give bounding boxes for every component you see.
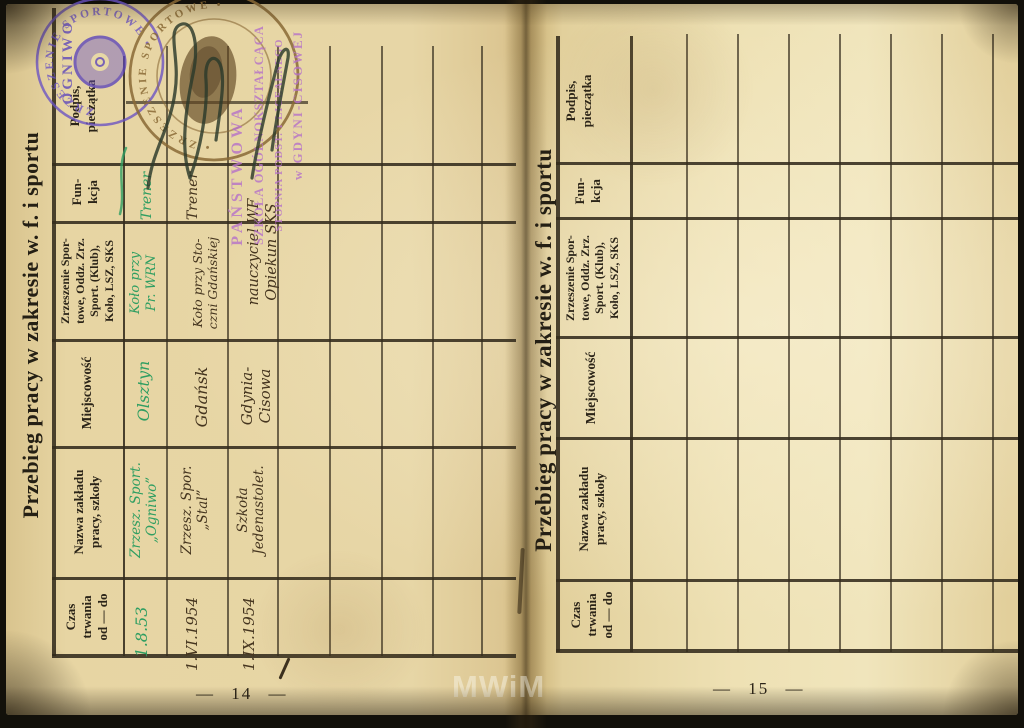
col-header-nazwa: Nazwa zakładu pracy, szkoły xyxy=(71,452,105,572)
table-grid-line xyxy=(52,577,516,580)
col-header-podpis: Podpis, pieczątka xyxy=(563,41,607,161)
table-grid-line xyxy=(630,36,633,652)
table-grid-line xyxy=(992,34,994,652)
rect-stamp-line4: w GDYNI-CISOWEJ xyxy=(290,30,305,180)
entry-2-miejscowosc: Gdańsk xyxy=(192,347,214,447)
table-grid-line xyxy=(941,34,943,652)
col-header-funkcja: Fun- kcja xyxy=(572,164,612,218)
table-border xyxy=(556,36,560,652)
col-header-czas: Czas trwania od — do xyxy=(63,579,111,655)
table-grid-line xyxy=(556,649,1018,653)
page-number-right: — 15 — xyxy=(713,679,805,699)
col-header-czas: Czas trwania od — do xyxy=(568,577,616,653)
table-grid-line xyxy=(556,162,1018,165)
table-grid-line xyxy=(737,34,739,652)
entry-1-czas: 1.8.53 xyxy=(132,577,152,687)
table-grid-line xyxy=(556,217,1018,220)
table-grid-line xyxy=(52,654,516,658)
page-number-left: — 14 — xyxy=(196,684,288,704)
entry-3-czas: 1.IX.1954 xyxy=(240,578,260,690)
entry-1-miejscowosc: Olsztyn xyxy=(134,339,154,443)
table-grid-line xyxy=(788,34,790,652)
table-grid-line xyxy=(556,437,1018,440)
entry-1-nazwa: Zrzesz. Sport. „Ogniwo” xyxy=(128,447,162,573)
col-header-miejscowosc: Miejscowość xyxy=(583,336,601,440)
table-grid-line xyxy=(52,339,516,342)
entry-2-czas: 1.VI.1954 xyxy=(183,576,203,692)
table-grid-line xyxy=(839,34,841,652)
scanned-booklet-spread: Przebieg pracy w zakresie w. f. i sportu… xyxy=(0,0,1024,728)
green-pen-flourish xyxy=(120,148,126,214)
watermark: MWiM xyxy=(452,669,545,705)
col-header-zrzeszenie: Zrzeszenie Spor- towe, Oddz. Zrz. Sport.… xyxy=(563,221,625,335)
rect-stamp-line1: PAŃSTWOWA xyxy=(227,104,246,246)
table-grid-line xyxy=(890,34,892,652)
table-grid-line xyxy=(52,446,516,449)
col-header-miejscowosc: Miejscowość xyxy=(79,340,97,446)
table-grid-line xyxy=(556,336,1018,339)
table-grid-line xyxy=(556,579,1018,582)
entry-3-miejscowosc: Gdynia- Cisowa xyxy=(238,342,272,450)
table-grid-line xyxy=(481,46,483,656)
table-grid-line xyxy=(686,34,688,652)
entry-2-nazwa: Zrzesz. Spor. „Stal” xyxy=(179,446,213,574)
rect-stamp-school: PAŃSTWOWA SZKOŁA OGÓLNOKSZTAŁCĄCA STOPNI… xyxy=(227,25,305,246)
col-header-nazwa: Nazwa zakładu pracy, szkoły xyxy=(576,450,610,568)
stamps-overlay: ZRZESZENIE SPORTOWE • OGNIWO • ZRZESZENI… xyxy=(0,0,340,310)
entry-3-nazwa: Szkoła Jedenastolet. xyxy=(235,445,269,575)
table-grid-line xyxy=(432,46,434,656)
table-grid-line xyxy=(381,46,383,656)
